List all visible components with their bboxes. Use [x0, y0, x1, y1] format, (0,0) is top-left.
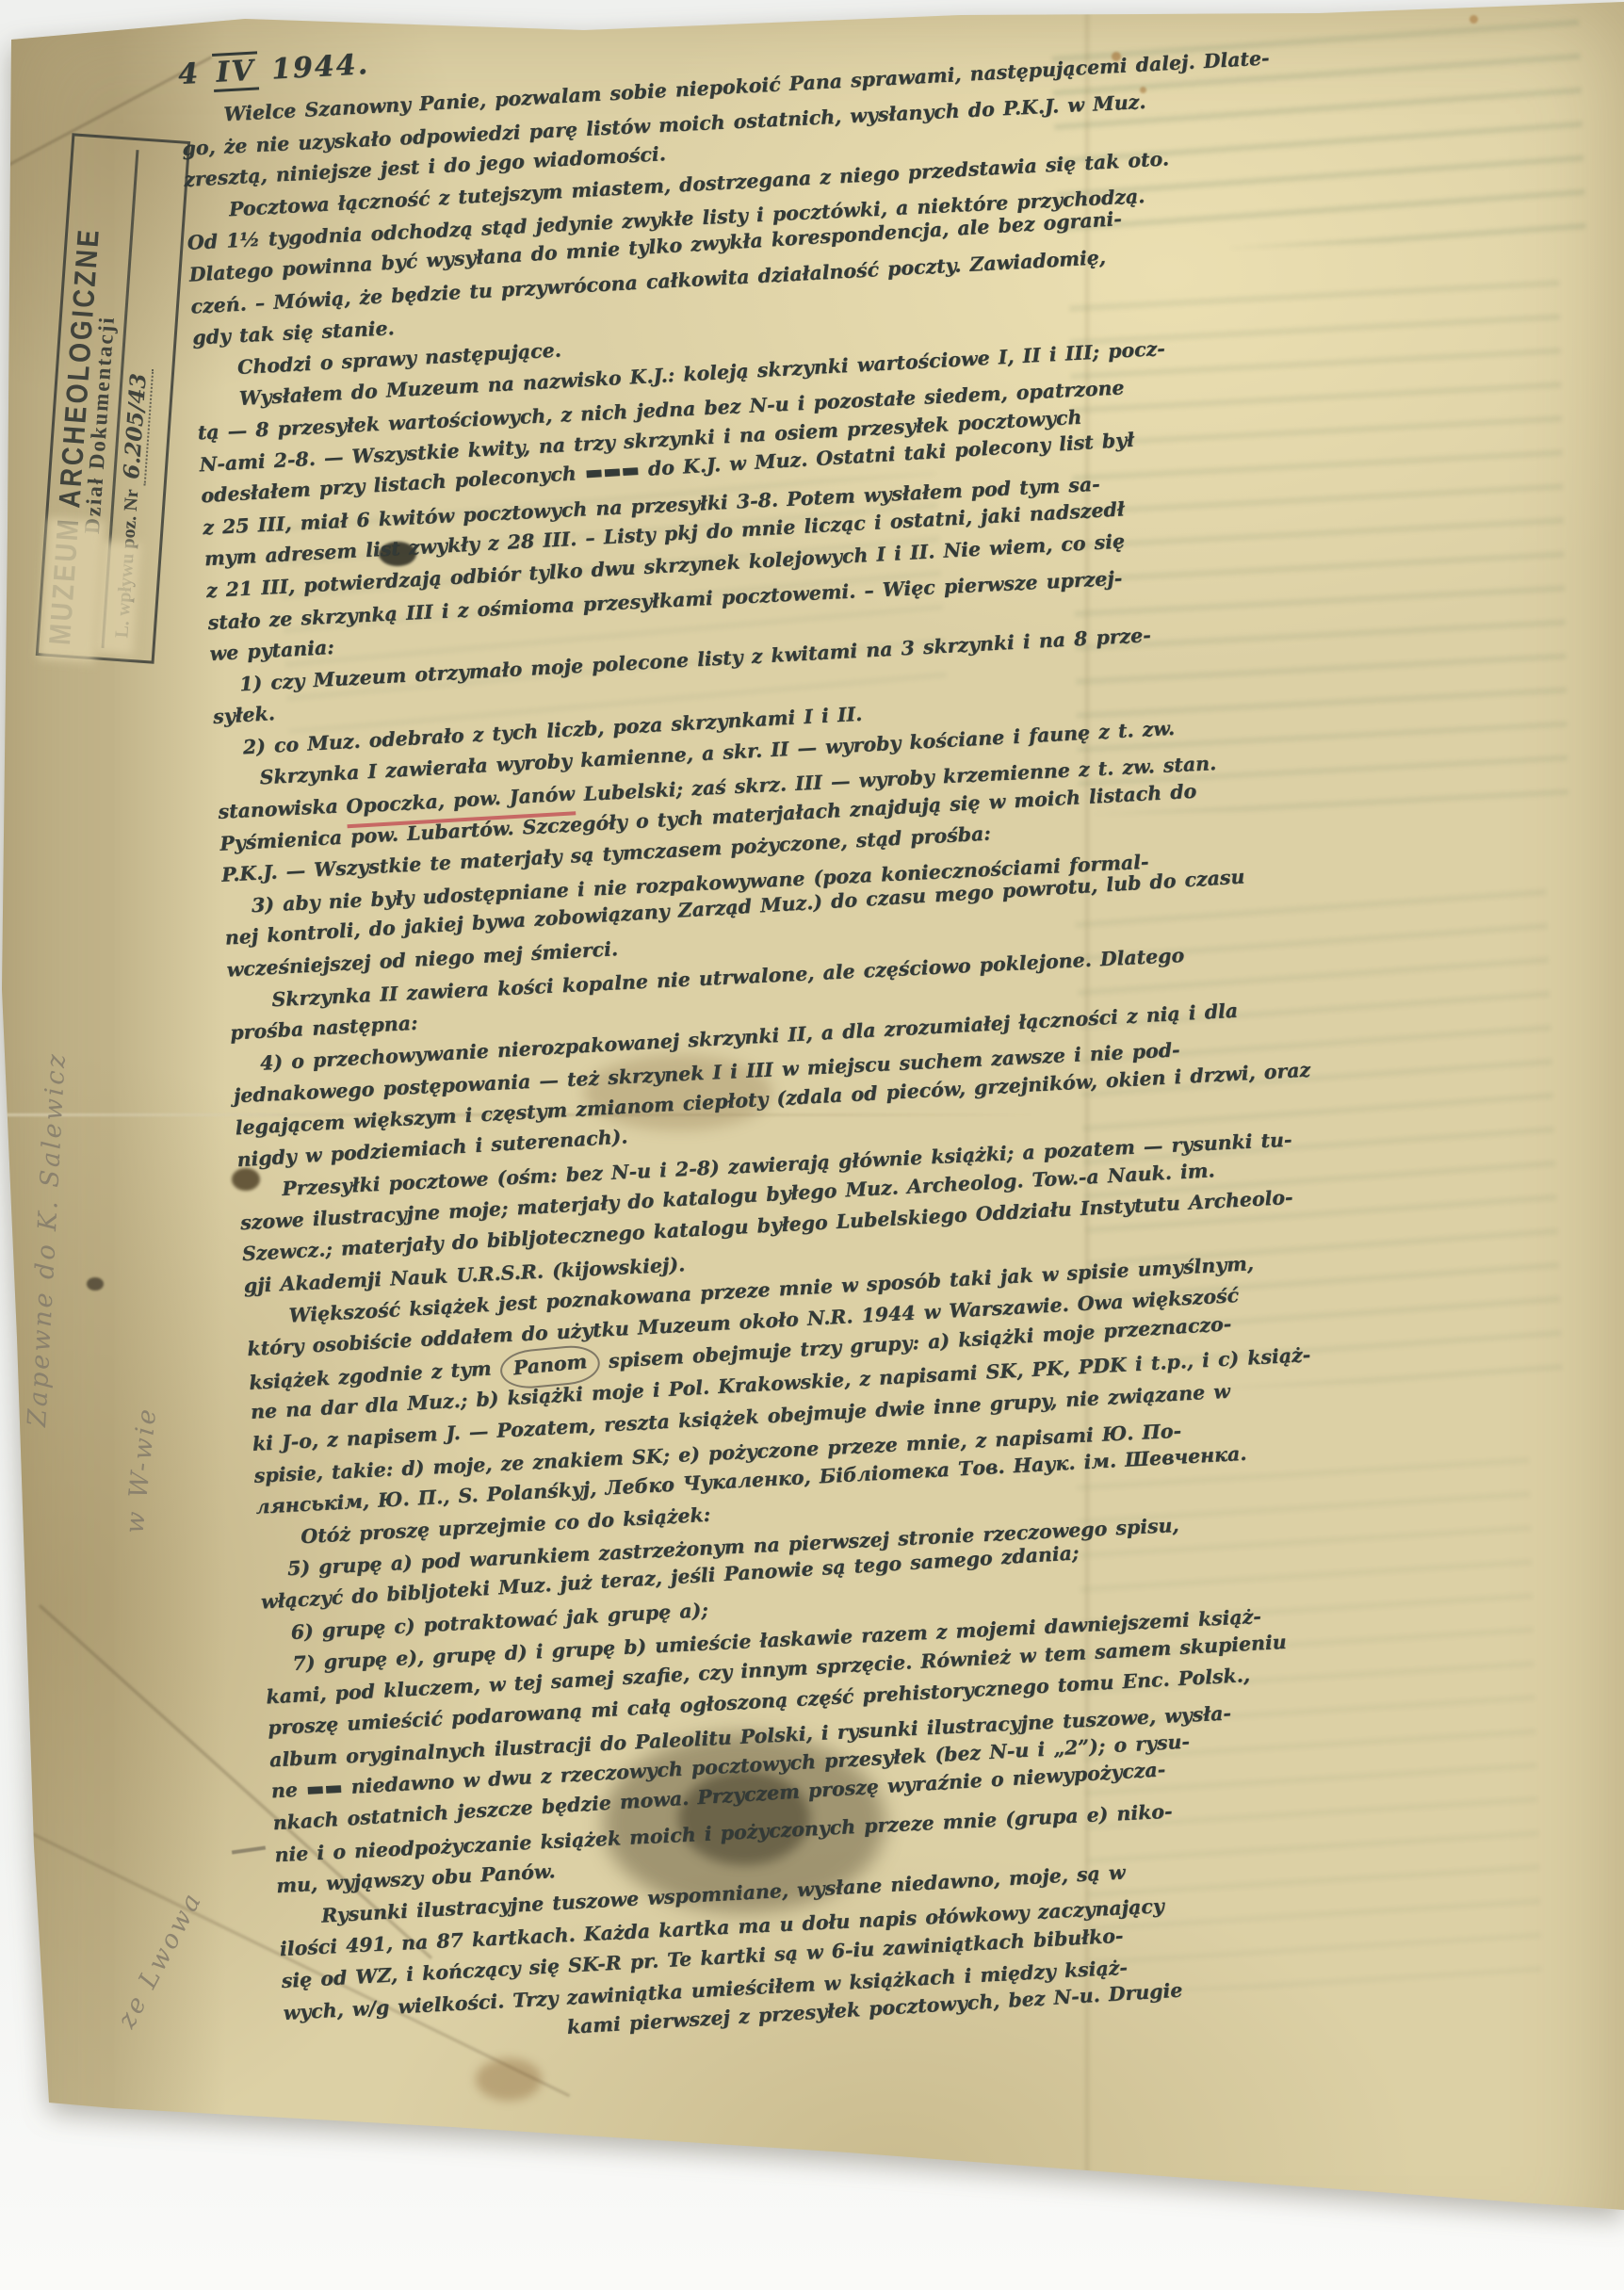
paper-hole [629, 2187, 641, 2197]
stamp-entry-number: 6.205/43 [119, 366, 154, 485]
margin-note-city: w W-wie [115, 1356, 168, 1584]
edge-mark [87, 1277, 104, 1291]
museum-archive-stamp: MUZEUM ARCHEOLOGICZNE Dział Dokumentacji… [36, 133, 190, 663]
stamp-smudge [95, 541, 140, 656]
scanned-letter-page: { "date": { "day": "4 ", "month": "IV", … [0, 0, 1624, 2290]
margin-note-attribution: Zapewne do K. Salewicz [15, 909, 79, 1569]
scanner-bed: MUZEUM ARCHEOLOGICZNE Dział Dokumentacji… [0, 0, 1624, 2290]
margin-note-origin: ze Lwowa [89, 1844, 230, 2074]
date-month-roman: IV [212, 51, 258, 91]
margin-pencil-dash [232, 1846, 266, 1855]
fox-spot [1470, 15, 1478, 24]
letter-text: stanowiska [218, 794, 347, 823]
date-year: 1944. [257, 48, 370, 87]
paper-hole [603, 2150, 618, 2161]
letter-body: 4 IV 1944. Wielce Szanowny Panie, pozwal… [177, 5, 1208, 2061]
stain-spot [476, 2058, 542, 2101]
stamp-smudge [39, 517, 105, 662]
letter-paper: MUZEUM ARCHEOLOGICZNE Dział Dokumentacji… [0, 0, 1624, 2290]
date-day: 4 [177, 57, 214, 91]
